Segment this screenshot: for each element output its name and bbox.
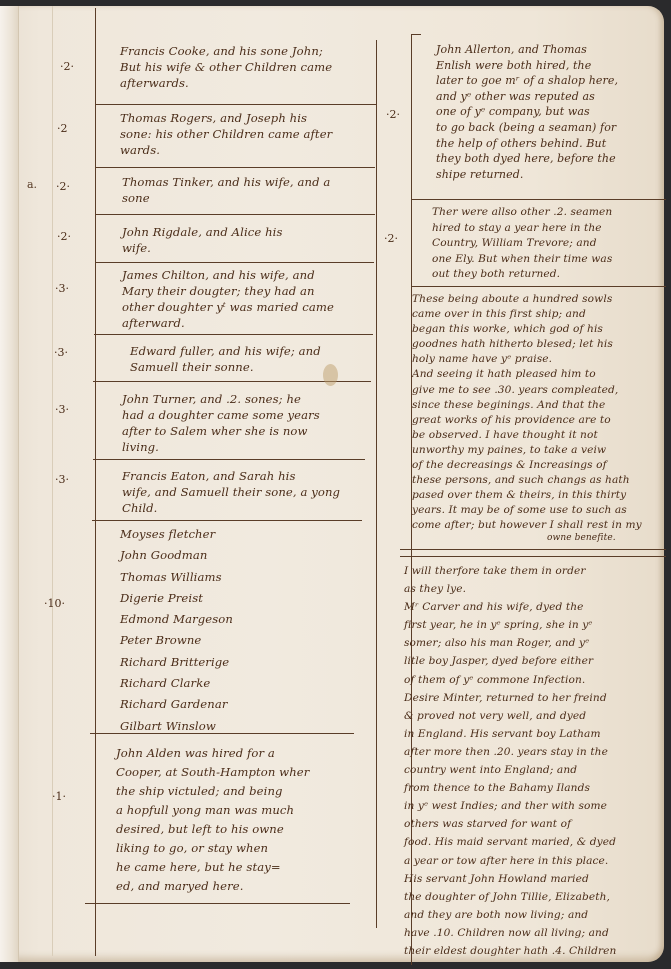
entry-other-seamen: Ther were allso other .2. seamen hired t… bbox=[432, 205, 612, 283]
divider bbox=[93, 459, 365, 460]
left-column-right-rule bbox=[376, 40, 377, 928]
count: ·2· bbox=[60, 60, 74, 73]
entry-carver-household: I will therfore take them in order as th… bbox=[404, 562, 616, 960]
count: ·2· bbox=[56, 180, 70, 193]
count: ·3· bbox=[55, 282, 69, 295]
divider bbox=[400, 549, 666, 550]
count: ·2· bbox=[57, 230, 71, 243]
divider bbox=[411, 286, 666, 287]
divider bbox=[95, 167, 375, 168]
bracket-top bbox=[411, 34, 421, 35]
divider bbox=[85, 903, 350, 904]
count: ·3· bbox=[55, 403, 69, 416]
count: ·1· bbox=[52, 790, 66, 803]
entry-thomas-tinker: Thomas Tinker, and his wife, and a sone bbox=[122, 174, 330, 206]
divider bbox=[94, 334, 373, 335]
page-edge bbox=[0, 6, 19, 962]
entry-john-turner: John Turner, and .2. sones; he had a dou… bbox=[122, 391, 320, 455]
divider bbox=[92, 520, 362, 521]
entry-edward-fuller: Edward fuller, and his wife; and Samuell… bbox=[130, 343, 321, 375]
entry-ten-names: Moyses fletcher John Goodman Thomas Will… bbox=[120, 524, 233, 737]
entry-john-allerton: John Allerton, and Thomas Enlish were bo… bbox=[436, 42, 618, 182]
divider bbox=[411, 199, 666, 200]
gutter-line bbox=[52, 6, 53, 956]
count: ·10· bbox=[44, 597, 65, 610]
count: ·2 bbox=[57, 122, 68, 135]
count: ·3· bbox=[55, 473, 69, 486]
count: ·2· bbox=[386, 108, 400, 121]
entry-thomas-rogers: Thomas Rogers, and Joseph his sone: his … bbox=[120, 110, 332, 158]
entry-francis-cooke: Francis Cooke, and his sone John; But hi… bbox=[120, 43, 332, 91]
entry-john-alden: John Alden was hired for a Cooper, at So… bbox=[116, 744, 309, 896]
count: ·3· bbox=[54, 346, 68, 359]
entry-francis-eaton: Francis Eaton, and Sarah his wife, and S… bbox=[122, 468, 340, 516]
stain bbox=[323, 364, 338, 386]
entry-closing-reflection: These being aboute a hundred sowls came … bbox=[412, 292, 642, 543]
divider bbox=[95, 214, 375, 215]
margin-mark: a. bbox=[27, 178, 37, 191]
count: ·2· bbox=[384, 232, 398, 245]
entry-john-rigdale: John Rigdale, and Alice his wife. bbox=[122, 224, 283, 256]
left-column-rule bbox=[95, 8, 96, 956]
divider bbox=[400, 556, 666, 557]
entry-james-chilton: James Chilton, and his wife, and Mary th… bbox=[122, 267, 334, 331]
divider bbox=[95, 262, 374, 263]
divider bbox=[95, 104, 376, 105]
